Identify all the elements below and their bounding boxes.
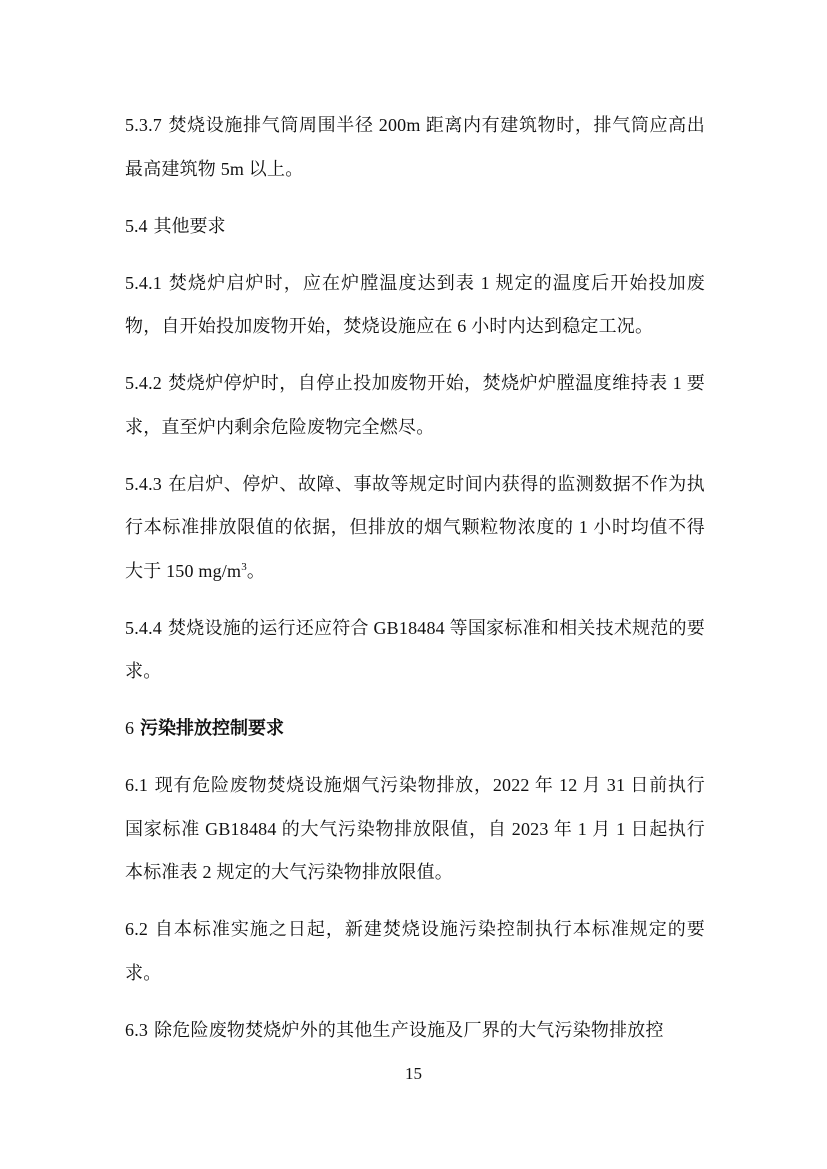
- clause-text: 焚烧炉启炉时，应在炉膛温度达到表 1 规定的温度后开始投加废物，自开始投加废物开…: [125, 273, 705, 337]
- clause-5-4-1: 5.4.1焚烧炉启炉时，应在炉膛温度达到表 1 规定的温度后开始投加废物，自开始…: [125, 262, 705, 349]
- clause-number: 6.2: [125, 919, 148, 939]
- clause-6-2: 6.2自本标准实施之日起，新建焚烧设施污染控制执行本标准规定的要求。: [125, 908, 705, 995]
- clause-text: 自本标准实施之日起，新建焚烧设施污染控制执行本标准规定的要求。: [125, 919, 705, 983]
- clause-number: 6.1: [125, 775, 148, 795]
- section-heading-5-4: 5.4其他要求: [125, 205, 705, 249]
- clause-6-3: 6.3除危险废物焚烧炉外的其他生产设施及厂界的大气污染物排放控: [125, 1009, 705, 1053]
- clause-text: 现有危险废物焚烧设施烟气污染物排放，2022 年 12 月 31 日前执行国家标…: [125, 775, 705, 882]
- clause-text-tail: 。: [247, 561, 265, 581]
- clause-text: 在启炉、停炉、故障、事故等规定时间内获得的监测数据不作为执行本标准排放限值的依据…: [125, 474, 705, 581]
- document-body: 5.3.7焚烧设施排气筒周围半径 200m 距离内有建筑物时，排气筒应高出最高建…: [125, 104, 705, 1066]
- section-number: 5.4: [125, 216, 148, 236]
- clause-text: 焚烧炉停炉时，自停止投加废物开始，焚烧炉炉膛温度维持表 1 要求，直至炉内剩余危…: [125, 373, 705, 437]
- clause-number: 5.3.7: [125, 115, 162, 135]
- section-number: 6: [125, 718, 134, 738]
- clause-number: 5.4.1: [125, 273, 162, 293]
- clause-6-1: 6.1现有危险废物焚烧设施烟气污染物排放，2022 年 12 月 31 日前执行…: [125, 764, 705, 895]
- clause-text: 除危险废物焚烧炉外的其他生产设施及厂界的大气污染物排放控: [154, 1020, 664, 1040]
- clause-number: 5.4.3: [125, 474, 162, 494]
- section-title: 污染排放控制要求: [140, 718, 284, 738]
- clause-5-4-4: 5.4.4焚烧设施的运行还应符合 GB18484 等国家标准和相关技术规范的要求…: [125, 607, 705, 694]
- clause-5-4-3: 5.4.3在启炉、停炉、故障、事故等规定时间内获得的监测数据不作为执行本标准排放…: [125, 463, 705, 594]
- clause-number: 5.4.4: [125, 618, 162, 638]
- clause-5-4-2: 5.4.2焚烧炉停炉时，自停止投加废物开始，焚烧炉炉膛温度维持表 1 要求，直至…: [125, 362, 705, 449]
- section-title: 其他要求: [154, 216, 226, 236]
- page-number: 15: [0, 1064, 827, 1084]
- clause-text: 焚烧设施的运行还应符合 GB18484 等国家标准和相关技术规范的要求。: [125, 618, 705, 682]
- clause-number: 5.4.2: [125, 373, 162, 393]
- clause-5-3-7: 5.3.7焚烧设施排气筒周围半径 200m 距离内有建筑物时，排气筒应高出最高建…: [125, 104, 705, 191]
- section-heading-6: 6污染排放控制要求: [125, 707, 705, 751]
- clause-text: 焚烧设施排气筒周围半径 200m 距离内有建筑物时，排气筒应高出最高建筑物 5m…: [125, 115, 705, 179]
- clause-number: 6.3: [125, 1020, 148, 1040]
